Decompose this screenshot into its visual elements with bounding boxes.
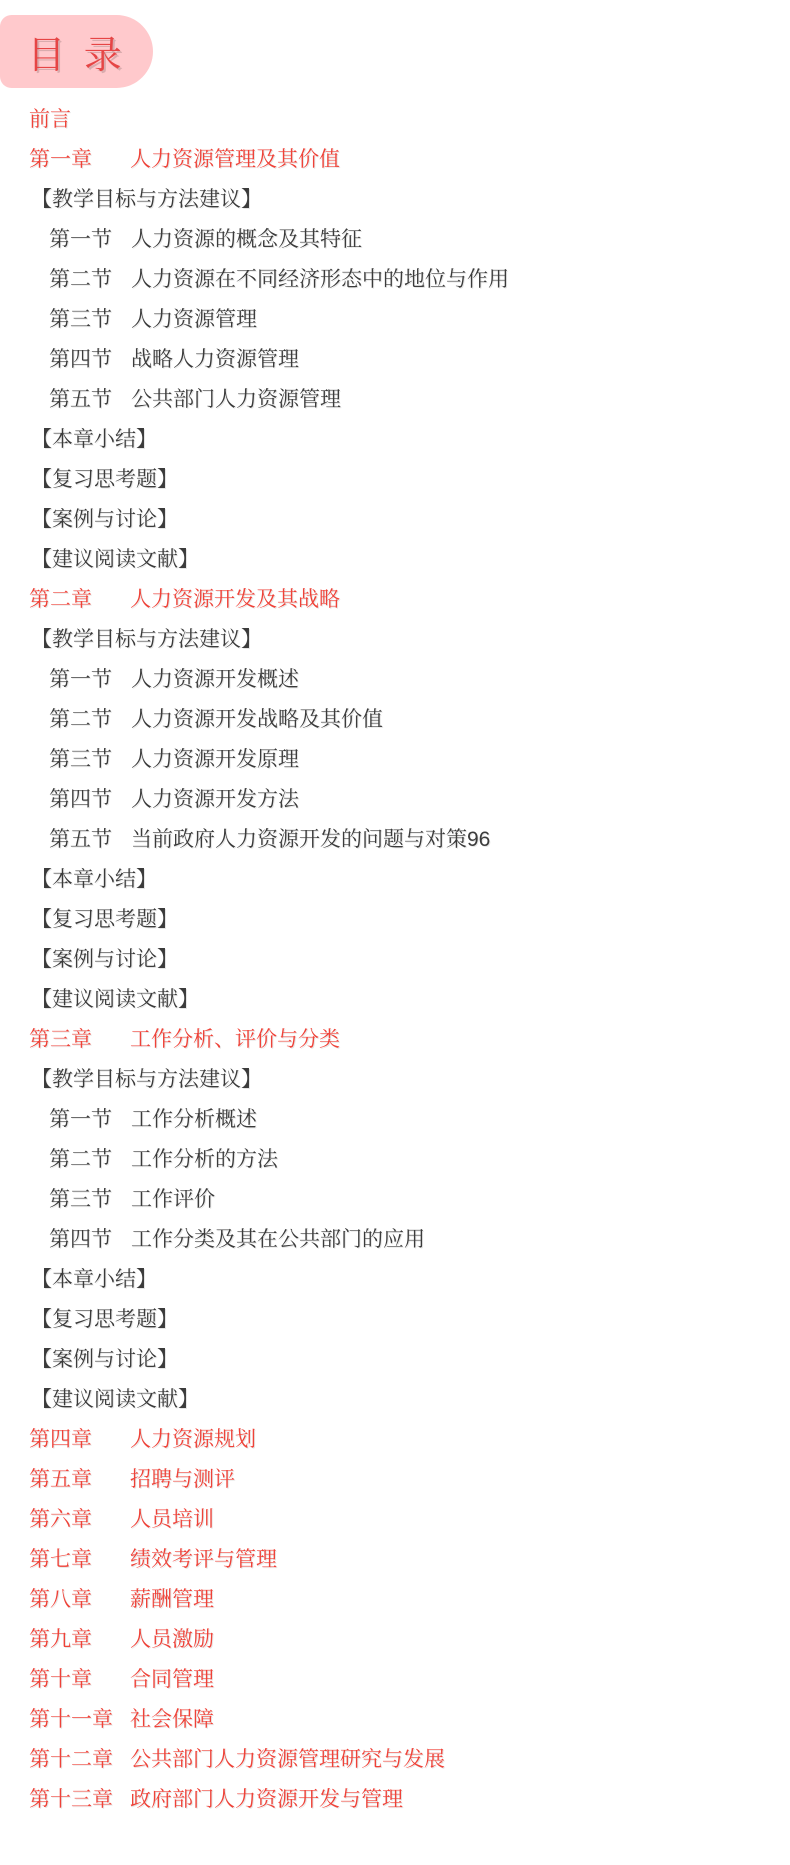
toc-row-label: 【案例与讨论】 — [31, 940, 178, 980]
toc-row-label: 第八章 — [29, 1580, 130, 1620]
toc-row-title: 人员激励 — [130, 1620, 214, 1660]
toc-row-chapter: 第十一章社会保障 — [0, 1700, 790, 1740]
toc-row-label: 第四节 — [49, 340, 131, 380]
toc-row-section: 第三节人力资源管理 — [0, 300, 790, 340]
toc-row-label: 第五节 — [49, 820, 131, 860]
toc-row-chapter: 第五章招聘与测评 — [0, 1460, 790, 1500]
toc-row-chapter: 第十章合同管理 — [0, 1660, 790, 1700]
toc-row-label: 第二节 — [49, 1140, 131, 1180]
toc-row-label: 【复习思考题】 — [31, 460, 178, 500]
toc-row-label: 【建议阅读文献】 — [31, 540, 199, 580]
toc-row-title: 工作分析的方法 — [131, 1140, 278, 1180]
toc-row-section: 第五节公共部门人力资源管理 — [0, 380, 790, 420]
toc-row-title: 人力资源的概念及其特征 — [131, 220, 362, 260]
toc-row-label: 前言 — [29, 100, 130, 140]
toc-row-title: 人力资源开发概述 — [131, 660, 299, 700]
toc-row-label: 第九章 — [29, 1620, 130, 1660]
toc-row-bracket: 【建议阅读文献】 — [0, 980, 790, 1020]
toc-row-bracket: 【案例与讨论】 — [0, 500, 790, 540]
toc-row-title: 人力资源管理及其价值 — [130, 140, 340, 180]
toc-row-title: 人力资源管理 — [131, 300, 257, 340]
toc-row-label: 第四章 — [29, 1420, 130, 1460]
toc-row-section: 第一节人力资源的概念及其特征 — [0, 220, 790, 260]
toc-row-bracket: 【建议阅读文献】 — [0, 540, 790, 580]
toc-header-badge: 目 录 — [0, 15, 153, 88]
toc-row-label: 【案例与讨论】 — [31, 1340, 178, 1380]
toc-row-label: 第十二章 — [29, 1740, 130, 1780]
toc-row-bracket: 【本章小结】 — [0, 420, 790, 460]
toc-row-label: 【本章小结】 — [31, 420, 157, 460]
toc-row-label: 第三节 — [49, 1180, 131, 1220]
toc-row-label: 【复习思考题】 — [31, 900, 178, 940]
toc-row-bracket: 【复习思考题】 — [0, 460, 790, 500]
toc-row-label: 第二章 — [29, 580, 130, 620]
toc-row-section: 第二节工作分析的方法 — [0, 1140, 790, 1180]
toc-row-label: 第一节 — [49, 1100, 131, 1140]
toc-row-label: 第十一章 — [29, 1700, 130, 1740]
toc-row-label: 第六章 — [29, 1500, 130, 1540]
toc-row-section: 第二节人力资源在不同经济形态中的地位与作用 — [0, 260, 790, 300]
toc-row-label: 第一节 — [49, 660, 131, 700]
toc-row-label: 第十三章 — [29, 1780, 130, 1820]
toc-row-section: 第三节工作评价 — [0, 1180, 790, 1220]
toc-row-label: 【教学目标与方法建议】 — [31, 1060, 262, 1100]
toc-row-chapter: 第九章人员激励 — [0, 1620, 790, 1660]
toc-row-title: 人力资源开发及其战略 — [130, 580, 340, 620]
toc-row-chapter: 第十三章政府部门人力资源开发与管理 — [0, 1780, 790, 1820]
toc-row-chapter: 第八章薪酬管理 — [0, 1580, 790, 1620]
toc-row-bracket: 【教学目标与方法建议】 — [0, 1060, 790, 1100]
toc-row-label: 【教学目标与方法建议】 — [31, 620, 262, 660]
toc-row-label: 【本章小结】 — [31, 860, 157, 900]
toc-row-bracket: 【教学目标与方法建议】 — [0, 620, 790, 660]
toc-row-chapter: 第三章工作分析、评价与分类 — [0, 1020, 790, 1060]
toc-row-label: 【本章小结】 — [31, 1260, 157, 1300]
toc-row-label: 第一节 — [49, 220, 131, 260]
toc-row-label: 第三节 — [49, 300, 131, 340]
toc-row-section: 第一节人力资源开发概述 — [0, 660, 790, 700]
toc-row-label: 第四节 — [49, 780, 131, 820]
toc-row-title: 合同管理 — [130, 1660, 214, 1700]
toc-row-title: 人力资源在不同经济形态中的地位与作用 — [131, 260, 509, 300]
toc-row-label: 第三节 — [49, 740, 131, 780]
toc-row-title: 人力资源开发原理 — [131, 740, 299, 780]
toc-list: 前言第一章人力资源管理及其价值【教学目标与方法建议】第一节人力资源的概念及其特征… — [0, 100, 790, 1820]
toc-row-bracket: 【复习思考题】 — [0, 900, 790, 940]
toc-row-chapter: 前言 — [0, 100, 790, 140]
toc-row-bracket: 【教学目标与方法建议】 — [0, 180, 790, 220]
toc-row-label: 【复习思考题】 — [31, 1300, 178, 1340]
toc-row-label: 【建议阅读文献】 — [31, 1380, 199, 1420]
toc-row-chapter: 第六章人员培训 — [0, 1500, 790, 1540]
toc-row-section: 第一节工作分析概述 — [0, 1100, 790, 1140]
toc-row-title: 人力资源规划 — [130, 1420, 256, 1460]
toc-row-label: 【教学目标与方法建议】 — [31, 180, 262, 220]
toc-row-title: 当前政府人力资源开发的问题与对策96 — [131, 820, 490, 860]
toc-row-title: 人员培训 — [130, 1500, 214, 1540]
toc-row-label: 第三章 — [29, 1020, 130, 1060]
toc-row-label: 第二节 — [49, 260, 131, 300]
toc-row-label: 第七章 — [29, 1540, 130, 1580]
toc-row-section: 第四节战略人力资源管理 — [0, 340, 790, 380]
toc-row-chapter: 第二章人力资源开发及其战略 — [0, 580, 790, 620]
toc-header-title: 目 录 — [27, 24, 126, 79]
toc-row-label: 第五章 — [29, 1460, 130, 1500]
toc-row-title: 政府部门人力资源开发与管理 — [130, 1780, 403, 1820]
toc-row-bracket: 【复习思考题】 — [0, 1300, 790, 1340]
toc-row-title: 绩效考评与管理 — [130, 1540, 277, 1580]
toc-row-label: 【建议阅读文献】 — [31, 980, 199, 1020]
toc-row-chapter: 第四章人力资源规划 — [0, 1420, 790, 1460]
toc-row-bracket: 【建议阅读文献】 — [0, 1380, 790, 1420]
toc-row-chapter: 第一章人力资源管理及其价值 — [0, 140, 790, 180]
toc-row-title: 公共部门人力资源管理 — [131, 380, 341, 420]
toc-row-title: 薪酬管理 — [130, 1580, 214, 1620]
toc-row-label: 第四节 — [49, 1220, 131, 1260]
toc-row-title: 战略人力资源管理 — [131, 340, 299, 380]
toc-row-bracket: 【本章小结】 — [0, 1260, 790, 1300]
toc-row-bracket: 【案例与讨论】 — [0, 940, 790, 980]
toc-row-label: 第一章 — [29, 140, 130, 180]
toc-row-title: 人力资源开发战略及其价值 — [131, 700, 383, 740]
toc-row-bracket: 【案例与讨论】 — [0, 1340, 790, 1380]
toc-row-section: 第二节人力资源开发战略及其价值 — [0, 700, 790, 740]
toc-row-section: 第四节人力资源开发方法 — [0, 780, 790, 820]
toc-row-chapter: 第七章绩效考评与管理 — [0, 1540, 790, 1580]
toc-row-section: 第五节当前政府人力资源开发的问题与对策96 — [0, 820, 790, 860]
toc-row-title: 招聘与测评 — [130, 1460, 235, 1500]
toc-row-label: 【案例与讨论】 — [31, 500, 178, 540]
toc-row-title: 工作分析概述 — [131, 1100, 257, 1140]
toc-row-title: 社会保障 — [130, 1700, 214, 1740]
toc-row-title: 工作评价 — [131, 1180, 215, 1220]
toc-row-section: 第四节工作分类及其在公共部门的应用 — [0, 1220, 790, 1260]
toc-row-title: 工作分类及其在公共部门的应用 — [131, 1220, 425, 1260]
toc-row-label: 第五节 — [49, 380, 131, 420]
toc-row-bracket: 【本章小结】 — [0, 860, 790, 900]
toc-row-title: 工作分析、评价与分类 — [130, 1020, 340, 1060]
toc-row-title: 人力资源开发方法 — [131, 780, 299, 820]
toc-row-title: 公共部门人力资源管理研究与发展 — [130, 1740, 445, 1780]
toc-page: 目 录 前言第一章人力资源管理及其价值【教学目标与方法建议】第一节人力资源的概念… — [0, 0, 790, 1865]
toc-row-label: 第二节 — [49, 700, 131, 740]
toc-row-chapter: 第十二章公共部门人力资源管理研究与发展 — [0, 1740, 790, 1780]
toc-row-label: 第十章 — [29, 1660, 130, 1700]
toc-row-section: 第三节人力资源开发原理 — [0, 740, 790, 780]
